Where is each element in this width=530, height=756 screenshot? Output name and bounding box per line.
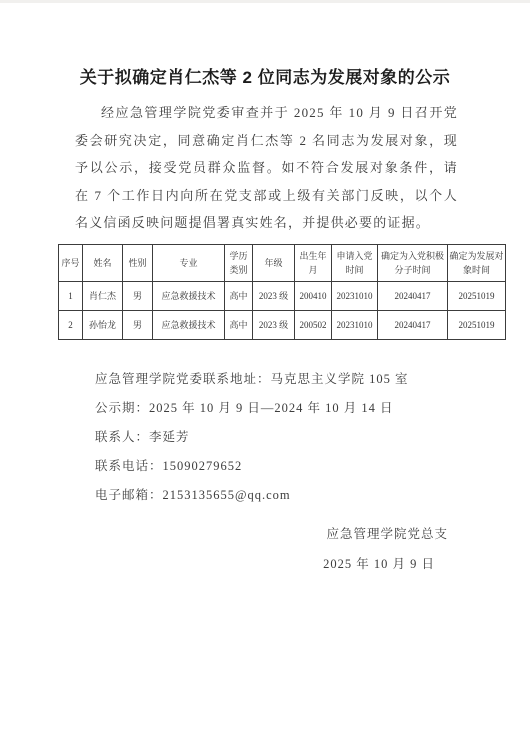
table-header-row: 序号姓名性别专业学历类别年级出生年月申请入党时间确定为入党积极分子时间确定为发展…: [59, 244, 506, 281]
announcement-paragraph: 经应急管理学院党委审查并于 2025 年 10 月 9 日召开党委会研究决定，同…: [75, 99, 458, 237]
candidates-table: 序号姓名性别专业学历类别年级出生年月申请入党时间确定为入党积极分子时间确定为发展…: [58, 244, 506, 340]
table-cell: 200502: [295, 310, 332, 339]
table-header-cell: 性别: [123, 244, 153, 281]
table-row: 1肖仁杰男应急救援技术高中2023 级200410202310102024041…: [59, 281, 506, 310]
table-cell: 2023 级: [253, 281, 295, 310]
table-cell: 高中: [225, 310, 253, 339]
table-cell: 200410: [295, 281, 332, 310]
table-body: 1肖仁杰男应急救援技术高中2023 级200410202310102024041…: [59, 281, 506, 339]
table-cell: 孙怡龙: [83, 310, 123, 339]
table-header-cell: 确定为发展对象时间: [448, 244, 506, 281]
table-header-cell: 确定为入党积极分子时间: [378, 244, 448, 281]
table-cell: 高中: [225, 281, 253, 310]
table-cell: 男: [123, 281, 153, 310]
table-header-cell: 年级: [253, 244, 295, 281]
publicity-period: 公示期：2025 年 10 月 9 日—2024 年 10 月 14 日: [95, 394, 490, 423]
table-cell: 20240417: [378, 310, 448, 339]
table-cell: 肖仁杰: [83, 281, 123, 310]
contact-email: 电子邮箱：2153135655@qq.com: [95, 481, 490, 510]
table-cell: 应急救援技术: [153, 281, 225, 310]
table-header-cell: 申请入党时间: [332, 244, 378, 281]
table-header-cell: 专业: [153, 244, 225, 281]
table-cell: 20231010: [332, 281, 378, 310]
signature-date: 2025 年 10 月 9 日: [0, 549, 530, 579]
table-cell: 男: [123, 310, 153, 339]
contact-block: 应急管理学院党委联系地址：马克思主义学院 105 室 公示期：2025 年 10…: [95, 365, 490, 510]
table-row: 序号姓名性别专业学历类别年级出生年月申请入党时间确定为入党积极分子时间确定为发展…: [59, 244, 506, 281]
table-header-cell: 姓名: [83, 244, 123, 281]
contact-address: 应急管理学院党委联系地址：马克思主义学院 105 室: [95, 365, 490, 394]
table-cell: 20251019: [448, 310, 506, 339]
document-title: 关于拟确定肖仁杰等 2 位同志为发展对象的公示: [30, 63, 500, 88]
table-header-cell: 学历类别: [225, 244, 253, 281]
contact-person: 联系人：李延芳: [95, 423, 490, 452]
contact-phone: 联系电话：15090279652: [95, 452, 490, 481]
signature-block: 应急管理学院党总支 2025 年 10 月 9 日: [0, 519, 530, 579]
table-cell: 2023 级: [253, 310, 295, 339]
table-row: 2孙怡龙男应急救援技术高中2023 级200502202310102024041…: [59, 310, 506, 339]
table-cell: 2: [59, 310, 83, 339]
table-cell: 20240417: [378, 281, 448, 310]
table-cell: 20231010: [332, 310, 378, 339]
table-cell: 应急救援技术: [153, 310, 225, 339]
table-header-cell: 出生年月: [295, 244, 332, 281]
table-header-cell: 序号: [59, 244, 83, 281]
table-cell: 20251019: [448, 281, 506, 310]
document-page: 关于拟确定肖仁杰等 2 位同志为发展对象的公示 经应急管理学院党委审查并于 20…: [0, 0, 530, 756]
table-cell: 1: [59, 281, 83, 310]
signature-org: 应急管理学院党总支: [0, 519, 530, 549]
